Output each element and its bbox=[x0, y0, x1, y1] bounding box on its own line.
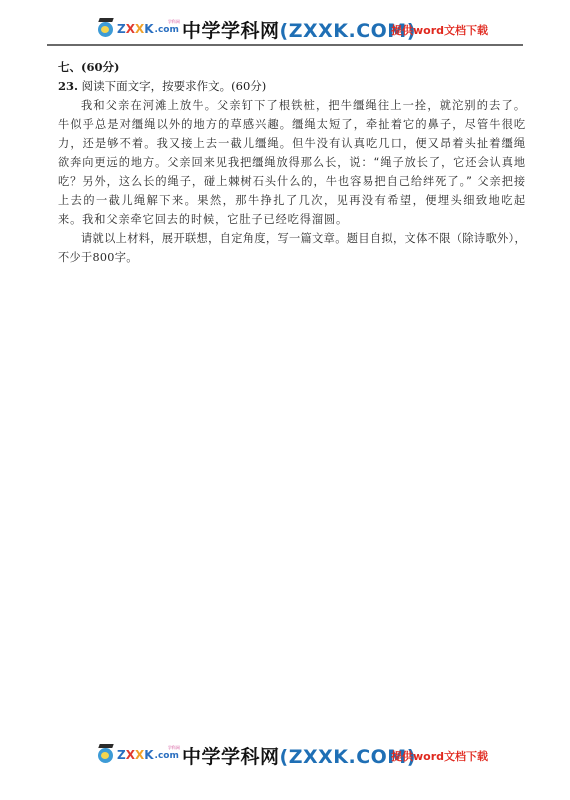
logo-small-text: 学科网 bbox=[168, 19, 180, 25]
zxxk-logo: ZXXK .com 学科网 bbox=[96, 16, 179, 42]
question-line: 23. 阅读下面文字，按要求作文。(60分) bbox=[58, 77, 526, 96]
page-header: ZXXK .com 学科网 中学学科网(ZXXK.COM) 提供word文档下载 bbox=[0, 14, 570, 44]
site-title: 中学学科网(ZXXK.COM) bbox=[182, 16, 416, 43]
logo-suffix: .com bbox=[155, 751, 179, 761]
site-name: 中学学科网 bbox=[182, 746, 280, 768]
question-prompt: 阅读下面文字，按要求作文。(60分) bbox=[82, 79, 267, 93]
page-footer: ZXXK .com 学科网 中学学科网(ZXXK.COM) 提供word文档下载 bbox=[0, 740, 570, 770]
document-body: 七、(60分) 23. 阅读下面文字，按要求作文。(60分) 我和父亲在河滩上放… bbox=[58, 58, 526, 267]
logo-suffix: .com bbox=[155, 25, 179, 35]
site-title-footer: 中学学科网(ZXXK.COM) bbox=[182, 742, 416, 769]
question-number: 23. bbox=[58, 79, 78, 93]
logo-wordmark: ZXXK bbox=[117, 22, 154, 36]
instruction-paragraph: 请就以上材料，展开联想，自定角度，写一篇文章。题目自拟，文体不限（除诗歌外），不… bbox=[58, 229, 526, 267]
logo-wordmark: ZXXK bbox=[117, 748, 154, 762]
header-divider bbox=[47, 44, 523, 46]
site-name: 中学学科网 bbox=[182, 20, 280, 42]
section-heading: 七、(60分) bbox=[58, 58, 526, 77]
download-tagline-footer: 提供word文档下载 bbox=[391, 748, 488, 764]
zxxk-logo-footer: ZXXK .com 学科网 bbox=[96, 742, 179, 768]
mascot-graduate-icon bbox=[96, 744, 116, 766]
passage-paragraph: 我和父亲在河滩上放牛。父亲钉下了根铁桩，把牛缰绳往上一拴，就沱别的去了。牛似乎总… bbox=[58, 96, 526, 229]
logo-small-text: 学科网 bbox=[168, 745, 180, 751]
download-tagline: 提供word文档下载 bbox=[391, 22, 488, 38]
mascot-graduate-icon bbox=[96, 18, 116, 40]
